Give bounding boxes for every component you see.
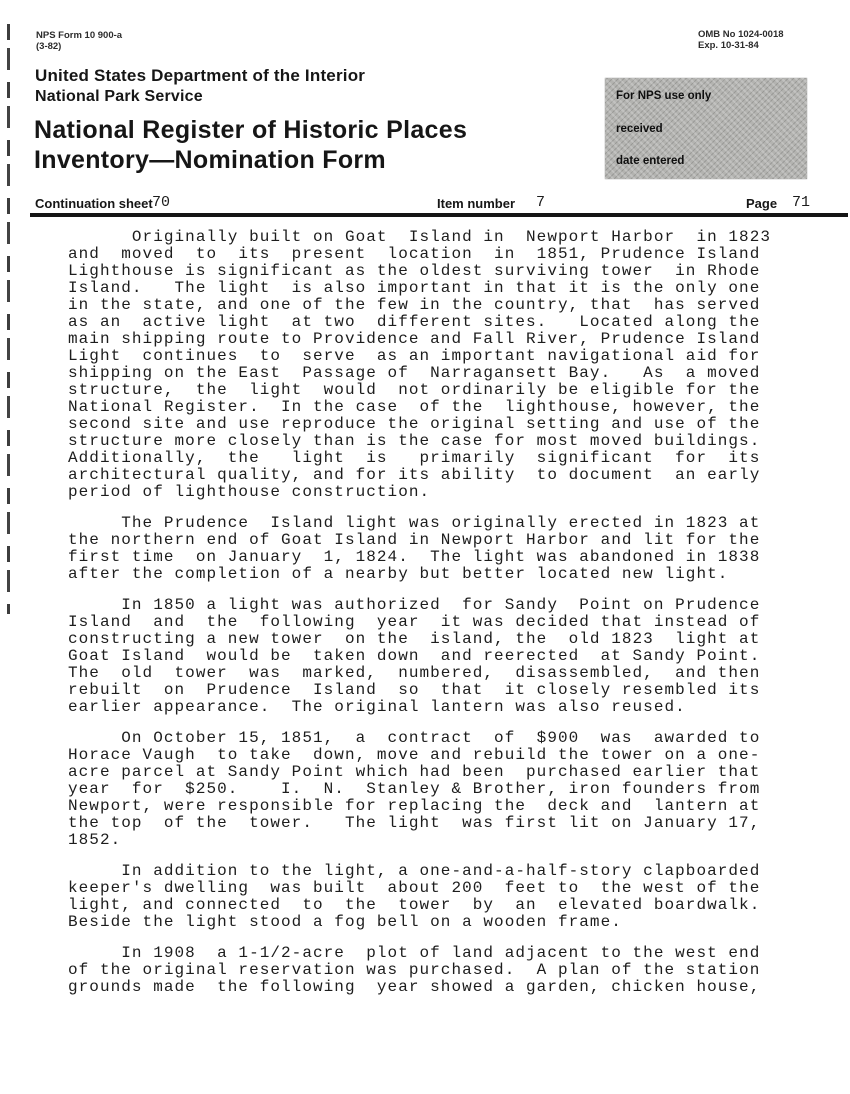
form-number: NPS Form 10 900-a — [36, 30, 122, 41]
form-revision: (3-82) — [36, 41, 122, 52]
scan-edge-artifact — [7, 24, 10, 614]
agency-name: United States Department of the Interior — [35, 66, 365, 86]
omb-block: OMB No 1024-0018 Exp. 10-31-84 — [698, 29, 784, 51]
received-label: received — [616, 123, 663, 135]
agency-subname: National Park Service — [35, 88, 203, 106]
nps-use-only-box: For NPS use only received date entered — [605, 78, 807, 179]
form-title-line1: National Register of Historic Places — [34, 116, 467, 145]
continuation-sheet-value: 70 — [152, 194, 170, 211]
page-number-value: 71 — [792, 194, 810, 211]
item-number-value: 7 — [536, 194, 545, 211]
paragraph-original-erection: The Prudence Island light was originally… — [68, 515, 783, 583]
date-entered-label: date entered — [616, 155, 684, 167]
item-number-label: Item number — [437, 196, 515, 211]
paragraph-keepers-dwelling: In addition to the light, a one-and-a-ha… — [68, 863, 783, 931]
form-number-block: NPS Form 10 900-a (3-82) — [36, 30, 122, 52]
page-label: Page — [746, 196, 777, 211]
document-page: NPS Form 10 900-a (3-82) OMB No 1024-001… — [0, 0, 850, 1094]
paragraph-significance: Originally built on Goat Island in Newpo… — [68, 229, 783, 501]
omb-expiration: Exp. 10-31-84 — [698, 40, 784, 51]
paragraph-1851-contract: On October 15, 1851, a contract of $900 … — [68, 730, 783, 849]
paragraph-1850-authorization: In 1850 a light was authorized for Sandy… — [68, 597, 783, 716]
continuation-sheet-label: Continuation sheet — [35, 196, 153, 211]
omb-number: OMB No 1024-0018 — [698, 29, 784, 40]
form-title-line2: Inventory—Nomination Form — [34, 146, 386, 175]
paragraph-1908-purchase: In 1908 a 1-1/2-acre plot of land adjace… — [68, 945, 783, 996]
nps-use-only-label: For NPS use only — [616, 90, 711, 102]
header-rule — [30, 213, 848, 217]
body-text: Originally built on Goat Island in Newpo… — [68, 229, 783, 1010]
